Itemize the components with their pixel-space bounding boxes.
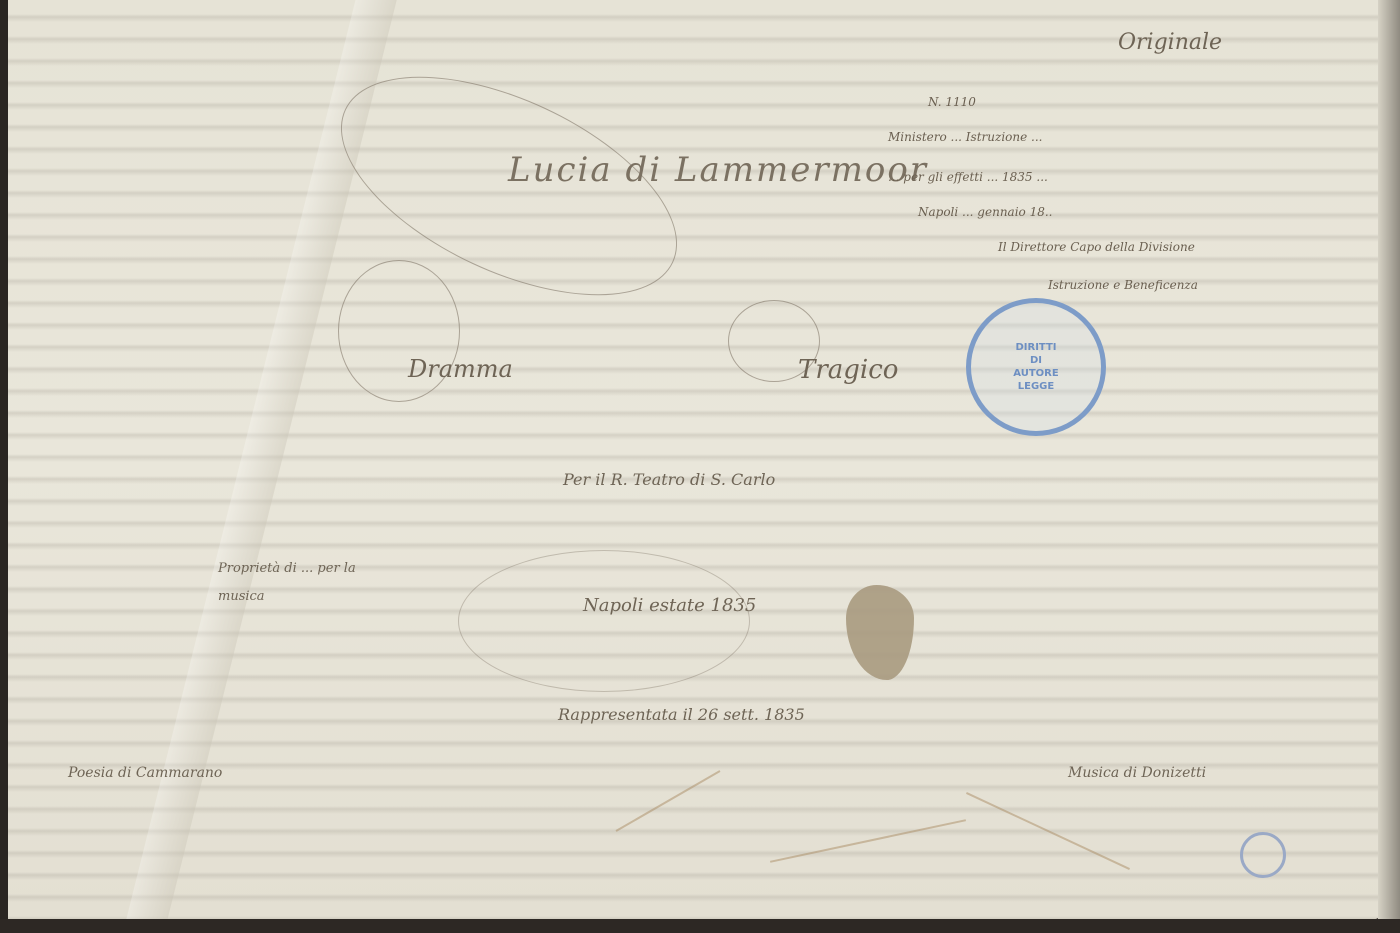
paper-damage — [770, 819, 966, 863]
copyright-stamp: DIRITTI DI AUTORE LEGGE — [966, 298, 1106, 436]
library-stamp — [1240, 832, 1286, 878]
paper-damage — [616, 770, 721, 832]
registry-line-2: ... per gli effetti ... 1835 ... — [888, 170, 1048, 184]
stamp-line: AUTORE — [1013, 367, 1058, 380]
stamp-line: LEGGE — [1018, 380, 1054, 393]
registry-line-5: Istruzione e Beneficenza — [1048, 278, 1198, 292]
title: Lucia di Lammermoor — [508, 150, 928, 190]
manuscript-page: Originale Lucia di Lammermoor Dramma Tra… — [8, 0, 1388, 920]
flourish-napoli — [458, 550, 750, 692]
scan-border — [0, 919, 1400, 933]
theatre-line: Per il R. Teatro di S. Carlo — [563, 470, 775, 489]
poet-credit: Poesia di Cammarano — [68, 765, 222, 781]
paper-damage — [966, 792, 1130, 870]
left-note: Proprietà di ... per la musica — [218, 555, 388, 611]
subtitle-dramma: Dramma — [408, 355, 513, 383]
registry-line-1: Ministero ... Istruzione ... — [888, 130, 1042, 144]
subtitle-tragico: Tragico — [798, 355, 898, 385]
registry-number: N. 1110 — [928, 95, 976, 109]
stamp-line: DIRITTI — [1015, 341, 1056, 354]
performance-date: Rappresentata il 26 sett. 1835 — [558, 705, 805, 724]
composer-credit: Musica di Donizetti — [1068, 765, 1206, 781]
ink-stain — [846, 585, 914, 680]
registry-line-4: Il Direttore Capo della Divisione — [998, 240, 1195, 254]
page-edge — [1378, 0, 1400, 933]
registry-line-3: Napoli ... gennaio 18.. — [918, 205, 1052, 219]
stamp-line: DI — [1030, 354, 1042, 367]
header-originale: Originale — [1118, 30, 1222, 55]
